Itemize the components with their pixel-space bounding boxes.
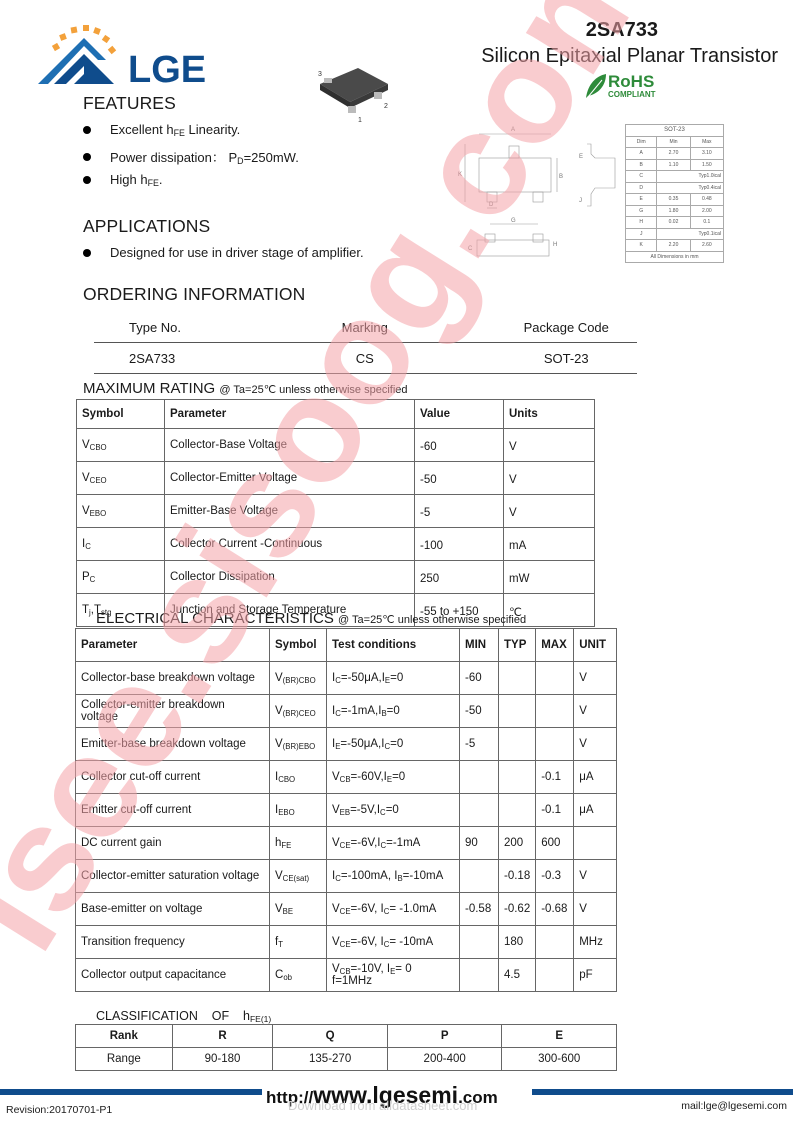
ordering-heading: ORDERING INFORMATION xyxy=(83,284,305,305)
svg-text:3: 3 xyxy=(318,71,322,78)
package-outline-drawing: A B K D E J G H C xyxy=(455,122,625,272)
ordering-data-row: 2SA733 CS SOT-23 xyxy=(94,343,637,373)
ordering-header-row: Type No. Marking Package Code xyxy=(94,312,637,342)
svg-text:H: H xyxy=(553,242,557,248)
column-header: MAX xyxy=(536,629,574,662)
table-row: Collector-base breakdown voltageV(BR)CBO… xyxy=(76,662,617,695)
column-header: Q xyxy=(273,1025,388,1048)
lge-logo: LGE xyxy=(36,14,231,89)
features-heading: FEATURES xyxy=(83,93,176,114)
electrical-characteristics-table: ParameterSymbolTest conditionsMINTYPMAXU… xyxy=(75,628,617,992)
column-header: MIN xyxy=(460,629,499,662)
column-header: Symbol xyxy=(77,400,165,429)
column-header: UNIT xyxy=(574,629,617,662)
table-row: Collector cut-off currentICBOVCB=-60V,IE… xyxy=(76,761,617,794)
footer-bar-right xyxy=(532,1089,793,1095)
column-header: Value xyxy=(415,400,504,429)
table-row: Collector output capacitanceCobVCB=-10V,… xyxy=(76,959,617,992)
column-header: Rank xyxy=(76,1025,173,1048)
hfe-classification-table: RankRQPE Range90-180135-270200-400300-60… xyxy=(75,1024,617,1071)
bullet-icon xyxy=(83,126,91,134)
contact-email[interactable]: mail:lge@lgesemi.com xyxy=(681,1100,787,1112)
classification-heading: CLASSIFICATION OF hFE(1) xyxy=(96,1009,271,1023)
column-header: P xyxy=(387,1025,502,1048)
table-row: VEBOEmitter-Base Voltage-5V xyxy=(77,495,595,528)
feature-item: High hFE. xyxy=(83,172,162,187)
svg-text:RoHS: RoHS xyxy=(608,72,654,91)
table-row: ICCollector Current -Continuous-100mA xyxy=(77,528,595,561)
table-row: Collector-emitter saturation voltageVCE(… xyxy=(76,860,617,893)
svg-text:1: 1 xyxy=(358,117,362,122)
table-row: Emitter-base breakdown voltageV(BR)EBOIE… xyxy=(76,728,617,761)
table-row: PCCollector Dissipation250mW xyxy=(77,561,595,594)
table-row: DC current gainhFEVCE=-6V,IC=-1mA9020060… xyxy=(76,827,617,860)
download-note: Download from alldatasheet.com xyxy=(288,1098,477,1113)
table-row: Collector-emitter breakdown voltageV(BR)… xyxy=(76,695,617,728)
table-row: VCEOCollector-Emitter Voltage-50V xyxy=(77,462,595,495)
column-header: E xyxy=(502,1025,617,1048)
svg-text:D: D xyxy=(489,202,494,208)
package-photo: 3 2 1 xyxy=(318,62,393,122)
device-subtitle: Silicon Epitaxial Planar Transistor xyxy=(481,45,778,68)
table-row: Base-emitter on voltageVBEVCE=-6V, IC= -… xyxy=(76,893,617,926)
column-header: Parameter xyxy=(165,400,415,429)
column-header: TYP xyxy=(499,629,536,662)
svg-text:E: E xyxy=(579,154,583,160)
footer-bar-left xyxy=(0,1089,262,1095)
max-rating-table: SymbolParameterValueUnits VCBOCollector-… xyxy=(76,399,595,627)
svg-text:C: C xyxy=(468,246,473,252)
bullet-icon xyxy=(83,176,91,184)
feature-item: Excellent hFE Linearity. xyxy=(83,122,240,137)
bullet-icon xyxy=(83,153,91,161)
bullet-icon xyxy=(83,249,91,257)
svg-text:2: 2 xyxy=(384,103,388,110)
application-item: Designed for use in driver stage of ampl… xyxy=(83,245,364,260)
table-row: Transition frequencyfTVCE=-6V, IC= -10mA… xyxy=(76,926,617,959)
column-header: Symbol xyxy=(270,629,327,662)
svg-text:LGE: LGE xyxy=(128,49,206,89)
column-header: Test conditions xyxy=(327,629,460,662)
feature-item: Power dissipation： PD=250mW. xyxy=(83,147,299,166)
rohs-badge: RoHS COMPLIANT xyxy=(584,70,666,100)
svg-text:K: K xyxy=(458,172,462,178)
max-rating-heading: MAXIMUM RATING @ Ta=25℃ unless otherwise… xyxy=(83,380,408,397)
ordering-table: Type No. Marking Package Code 2SA733 CS … xyxy=(94,312,637,374)
svg-text:G: G xyxy=(511,218,516,224)
column-header: Units xyxy=(504,400,595,429)
svg-text:J: J xyxy=(579,198,582,204)
leaf-icon xyxy=(586,74,606,98)
column-header: R xyxy=(172,1025,273,1048)
package-dimensions-table: SOT-23DimMinMaxA2.703.10B1.101.50CTyp1.0… xyxy=(625,124,724,263)
svg-text:COMPLIANT: COMPLIANT xyxy=(608,90,656,99)
svg-text:A: A xyxy=(511,127,515,133)
table-row: Emitter cut-off currentIEBOVEB=-5V,IC=0-… xyxy=(76,794,617,827)
part-number: 2SA733 xyxy=(586,19,658,42)
svg-text:B: B xyxy=(559,174,563,180)
revision-label: Revision:20170701-P1 xyxy=(6,1104,112,1116)
electrical-heading: ELECTRICAL CHARACTERISTICS @ Ta=25℃ unle… xyxy=(96,610,526,627)
table-row: VCBOCollector-Base Voltage-60V xyxy=(77,429,595,462)
column-header: Parameter xyxy=(76,629,270,662)
applications-heading: APPLICATIONS xyxy=(83,216,210,237)
